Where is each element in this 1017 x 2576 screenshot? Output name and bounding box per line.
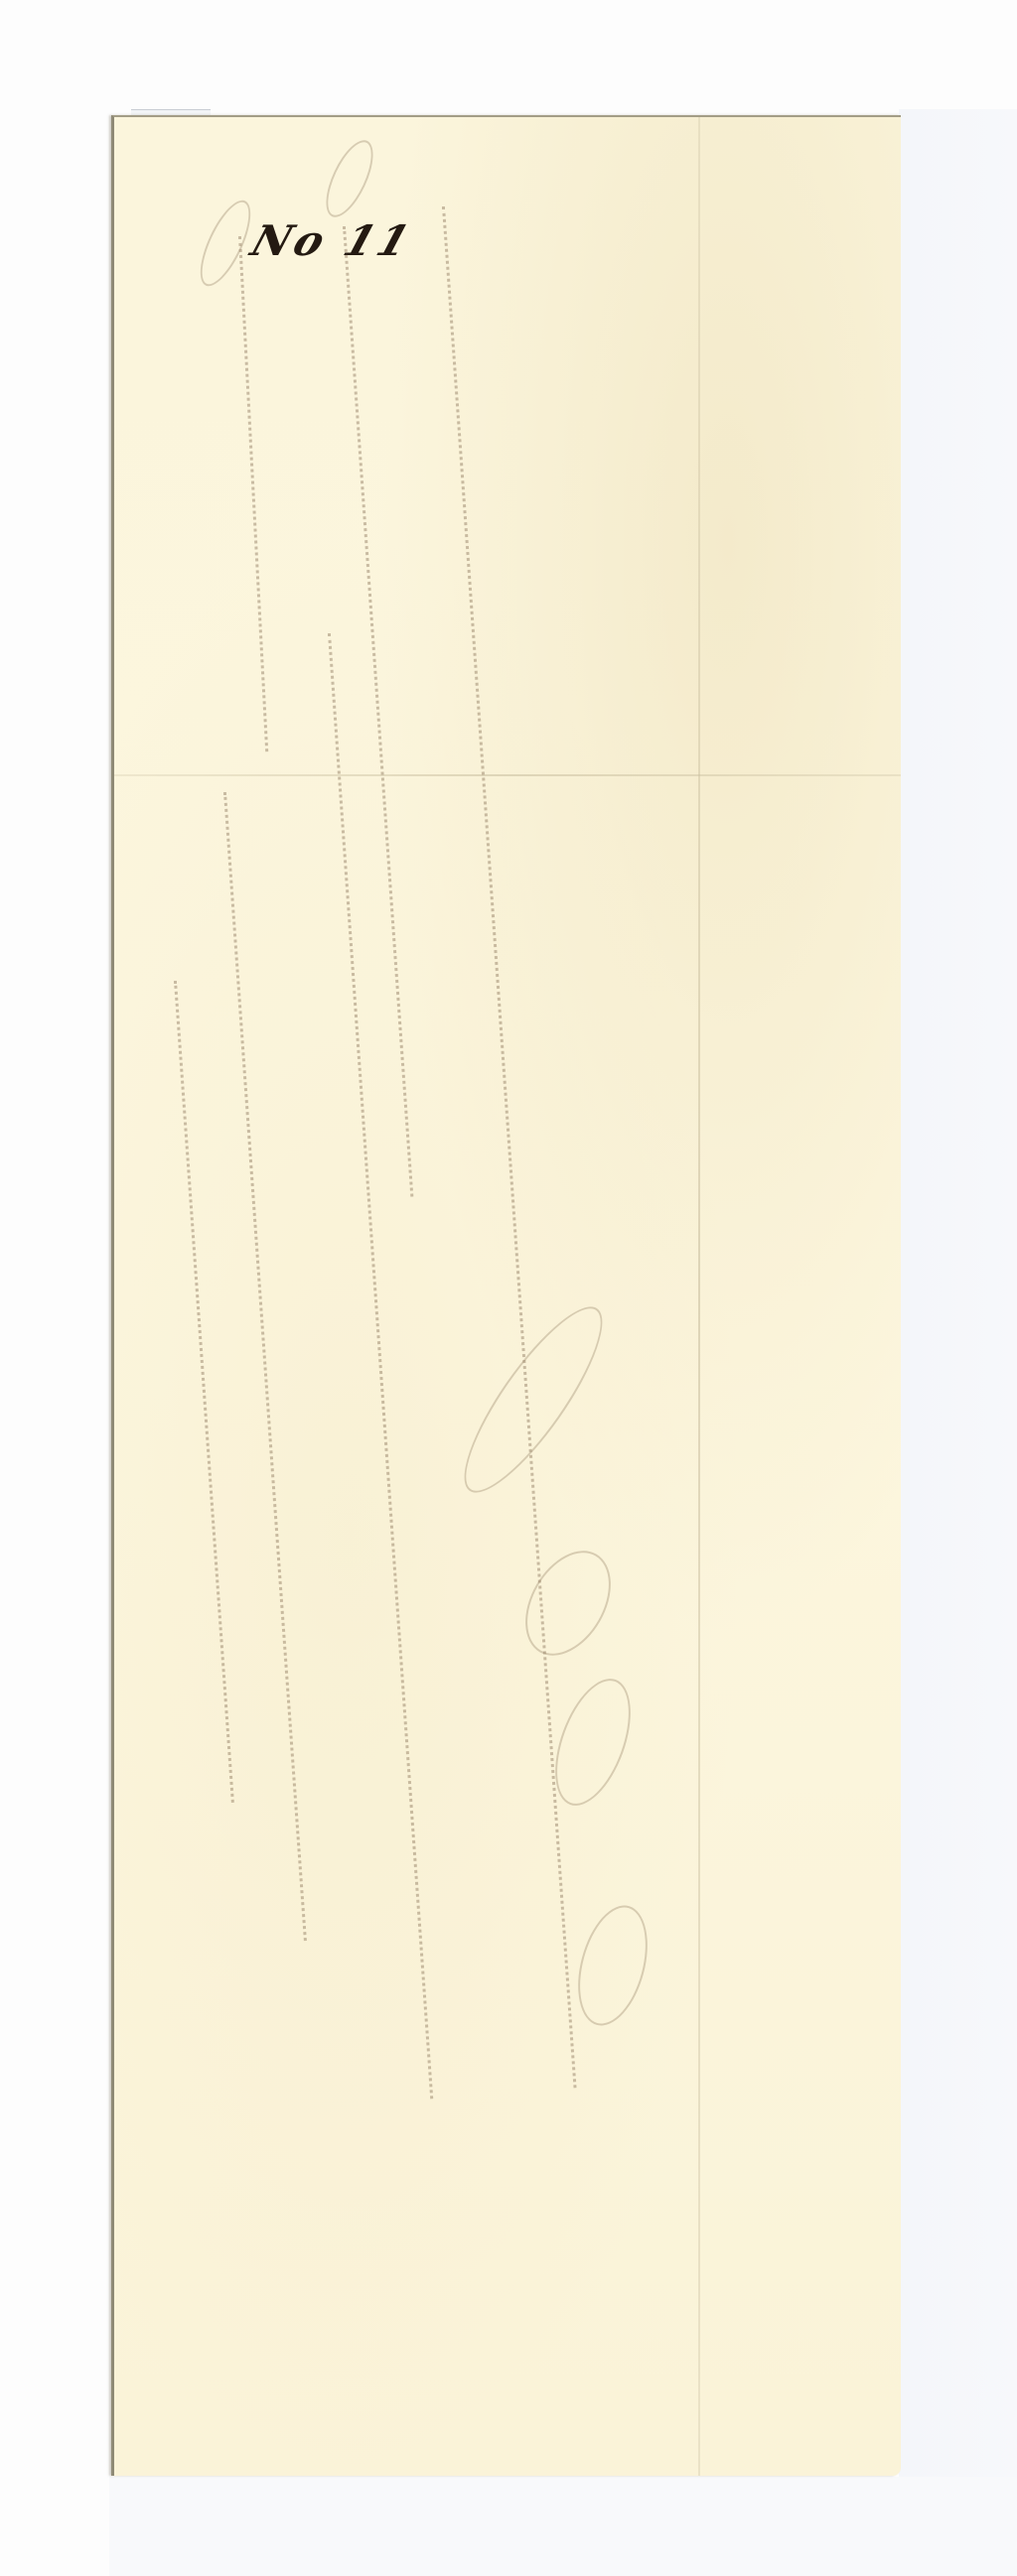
bleed-through-column-6 xyxy=(174,981,234,1803)
bleed-through-column-3 xyxy=(442,206,577,2089)
manuscript-page: No 11 xyxy=(111,115,901,2476)
horizontal-fold-crease xyxy=(114,774,901,776)
bleed-through-flourish-6 xyxy=(191,194,261,293)
scanner-background-right xyxy=(899,109,1017,2576)
scanner-background-bottom xyxy=(109,2477,1017,2576)
vertical-fold-crease xyxy=(698,117,700,2476)
bleed-through-flourish-5 xyxy=(317,134,382,223)
bleed-through-flourish-3 xyxy=(540,1669,646,1816)
bleed-through-flourish-2 xyxy=(508,1536,628,1671)
document-number: No 11 xyxy=(245,216,419,265)
bleed-through-column-4 xyxy=(328,633,433,2100)
bleed-through-column-2 xyxy=(343,226,413,1197)
bleed-through-column-5 xyxy=(223,792,307,1941)
bleed-through-column-1 xyxy=(238,236,268,751)
bleed-through-flourish-4 xyxy=(566,1898,659,2033)
